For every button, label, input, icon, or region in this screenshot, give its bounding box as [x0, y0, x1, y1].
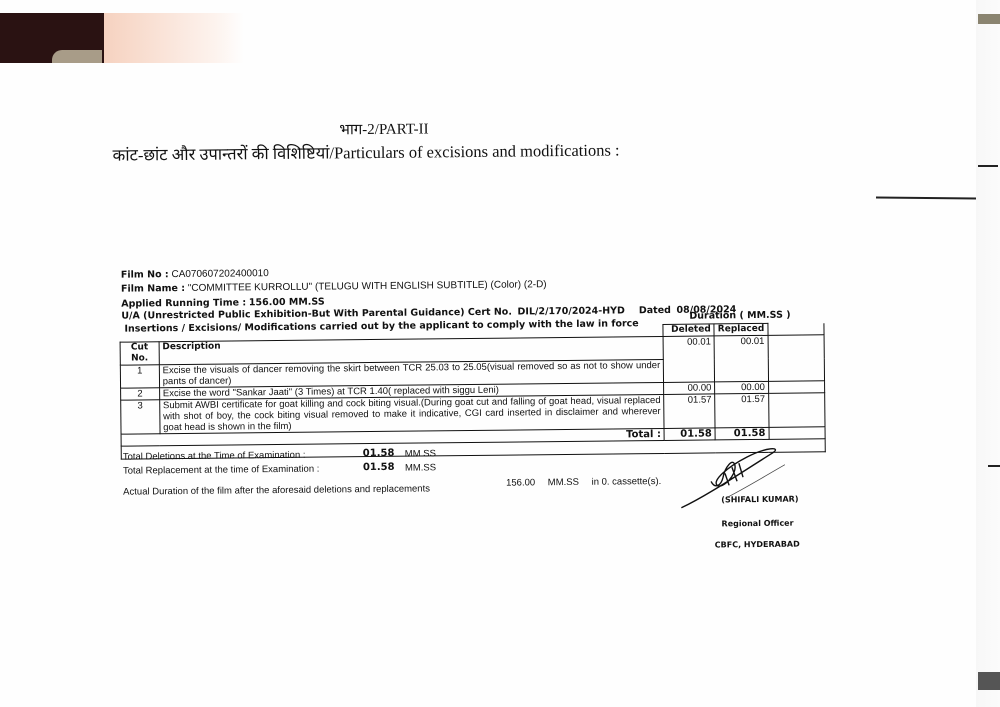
running-time-value: 156.00 MM.SS: [249, 297, 325, 309]
duration-header: Duration ( MM.SS ): [689, 310, 790, 322]
total-deleted: 01.58: [664, 428, 715, 441]
signatory-name: (SHIFALI KUMAR): [721, 495, 798, 505]
excisions-table: Deleted Replaced Cut No. Description 00.…: [119, 322, 825, 459]
actual-duration-label: Actual Duration of the film after the af…: [123, 483, 430, 497]
total-deletions-value: 01.58: [363, 448, 395, 459]
running-time-label: Applied Running Time :: [121, 297, 246, 309]
cell-cut-no: 2: [121, 388, 160, 400]
total-replacement-line: Total Replacement at the time of Examina…: [123, 464, 320, 477]
dated-label: Dated: [639, 305, 671, 316]
actual-duration-value: 156.00: [506, 477, 535, 488]
certificate-page: भाग-2/PART-II कांट-छांट और उपान्तरों की …: [0, 0, 1000, 707]
total-replacement-value: 01.58: [363, 462, 395, 473]
total-replaced: 01.58: [715, 427, 769, 440]
film-no-line: Film No : CA070607202400010: [121, 268, 269, 281]
cell-deleted: 00.01: [663, 336, 714, 383]
cell-replaced: 00.00: [715, 381, 769, 394]
cell-replaced: 01.57: [715, 393, 769, 428]
total-deletions-line: Total Deletions at the Time of Examinati…: [123, 450, 306, 463]
film-name-label: Film Name :: [121, 283, 185, 295]
total-replacement-unit: MM.SS: [405, 462, 436, 473]
cert-no-value: DIL/2/170/2024-HYD: [517, 305, 625, 317]
cell-replaced: 00.01: [714, 335, 768, 382]
film-name-value: "COMMITTEE KURROLLU" (TELUGU WITH ENGLIS…: [188, 279, 547, 294]
cassettes-text: in 0. cassette(s).: [592, 476, 662, 488]
col-header-cut-no: Cut No.: [120, 342, 159, 365]
running-time-line: Applied Running Time : 156.00 MM.SS: [121, 297, 325, 310]
cell-cut-no: 1: [120, 365, 159, 388]
film-name-line: Film Name : "COMMITTEE KURROLLU" (TELUGU…: [121, 279, 547, 294]
film-no-value: CA070607202400010: [171, 268, 268, 280]
col-header-replaced: Replaced: [714, 323, 768, 336]
total-replacement-label: Total Replacement at the time of Examina…: [123, 464, 320, 477]
actual-duration-line: 156.00 MM.SS in 0. cassette(s).: [506, 476, 671, 489]
cell-deleted: 01.57: [664, 394, 715, 429]
cell-cut-no: 3: [121, 400, 160, 434]
part-subtitle: कांट-छांट और उपान्तरों की विशिष्टियां/Pa…: [112, 137, 619, 165]
signatory-title: Regional Officer: [721, 519, 793, 529]
signatory-office: CBFC, HYDERABAD: [715, 540, 800, 550]
total-deletions-unit: MM.SS: [405, 448, 436, 459]
cell-deleted: 00.00: [664, 382, 715, 395]
part-title: भाग-2/PART-II: [339, 118, 428, 139]
cell-description: Submit AWBI certificate for goat killing…: [159, 394, 664, 433]
film-no-label: Film No :: [121, 269, 169, 280]
col-header-deleted: Deleted: [663, 324, 714, 337]
signature-icon: [677, 445, 788, 516]
total-deletions-label: Total Deletions at the Time of Examinati…: [123, 450, 306, 463]
actual-duration-unit: MM.SS: [548, 477, 579, 488]
